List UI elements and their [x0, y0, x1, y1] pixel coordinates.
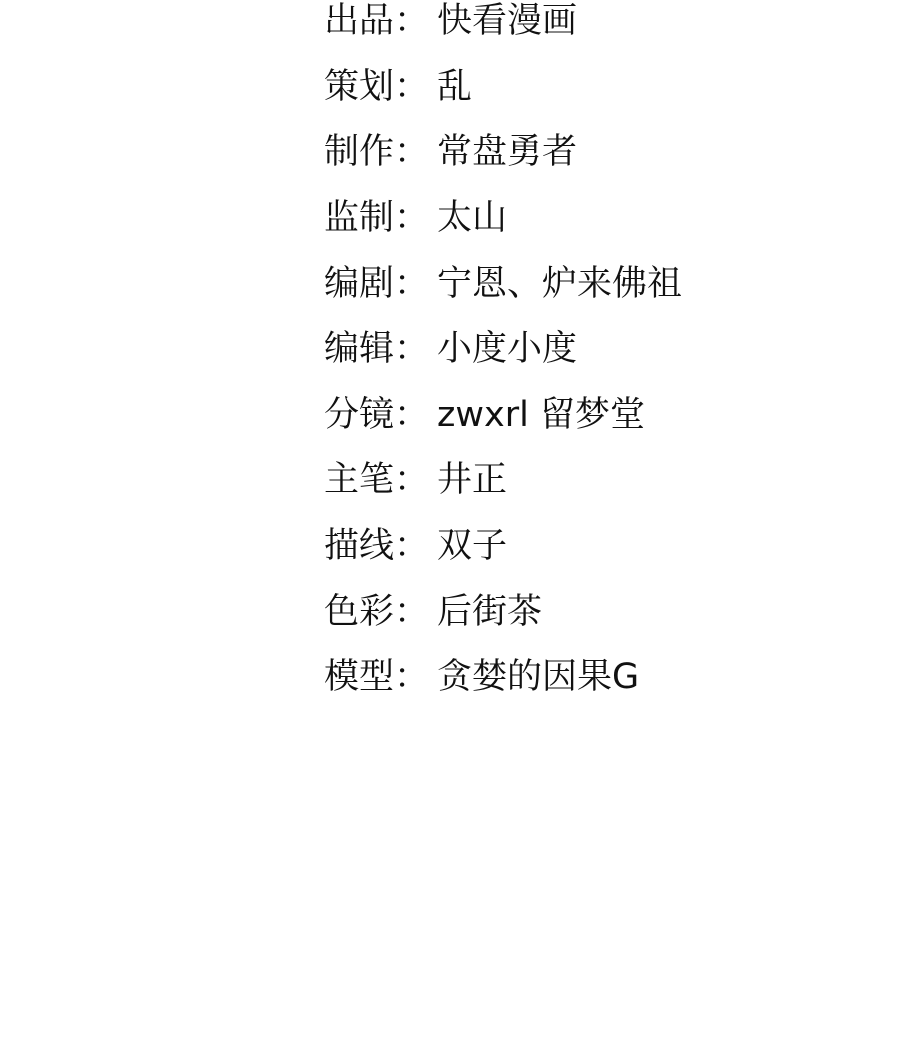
credit-row-storyboard: 分镜： zwxrl 留梦堂 — [324, 383, 682, 449]
credit-value: 快看漫画 — [437, 4, 577, 39]
credit-row-line-art: 描线： 双子 — [324, 514, 682, 580]
credit-label: 色彩： — [324, 595, 437, 630]
credit-row-screenwriter: 编剧： 宁恩、炉来佛祖 — [324, 251, 682, 317]
credit-value: 小度小度 — [437, 332, 577, 367]
credit-label: 策划： — [324, 70, 437, 105]
credit-row-editor: 编辑： 小度小度 — [324, 317, 682, 383]
credit-value: 常盘勇者 — [437, 135, 577, 170]
credit-value: zwxrl 留梦堂 — [437, 398, 645, 433]
credit-row-lead-artist: 主笔： 井正 — [324, 448, 682, 514]
credit-row-producer: 出品： 快看漫画 — [324, 0, 682, 55]
credit-value: 乱 — [437, 70, 472, 105]
credit-value: 太山 — [437, 201, 507, 236]
credit-row-supervisor: 监制： 太山 — [324, 186, 682, 252]
credit-row-modeling: 模型： 贪婪的因果G — [324, 645, 682, 711]
credit-value: 后街茶 — [437, 595, 542, 630]
credit-label: 编辑： — [324, 332, 437, 367]
credit-value: 贪婪的因果G — [437, 660, 639, 695]
credit-label: 主笔： — [324, 463, 437, 498]
credit-label: 制作： — [324, 135, 437, 170]
credit-row-coloring: 色彩： 后街茶 — [324, 579, 682, 645]
credit-value: 双子 — [437, 529, 507, 564]
credit-value: 井正 — [437, 463, 507, 498]
credit-row-production: 制作： 常盘勇者 — [324, 120, 682, 186]
credit-label: 分镜： — [324, 398, 437, 433]
credit-label: 编剧： — [324, 267, 437, 302]
credits-list: 出品： 快看漫画 策划： 乱 制作： 常盘勇者 监制： 太山 编剧： 宁恩、炉来… — [324, 0, 682, 722]
credit-label: 出品： — [324, 4, 437, 39]
credit-label: 监制： — [324, 201, 437, 236]
credit-label: 描线： — [324, 529, 437, 564]
credit-label: 模型： — [324, 660, 437, 695]
credit-value: 宁恩、炉来佛祖 — [437, 267, 682, 302]
credit-row-planner: 策划： 乱 — [324, 55, 682, 121]
